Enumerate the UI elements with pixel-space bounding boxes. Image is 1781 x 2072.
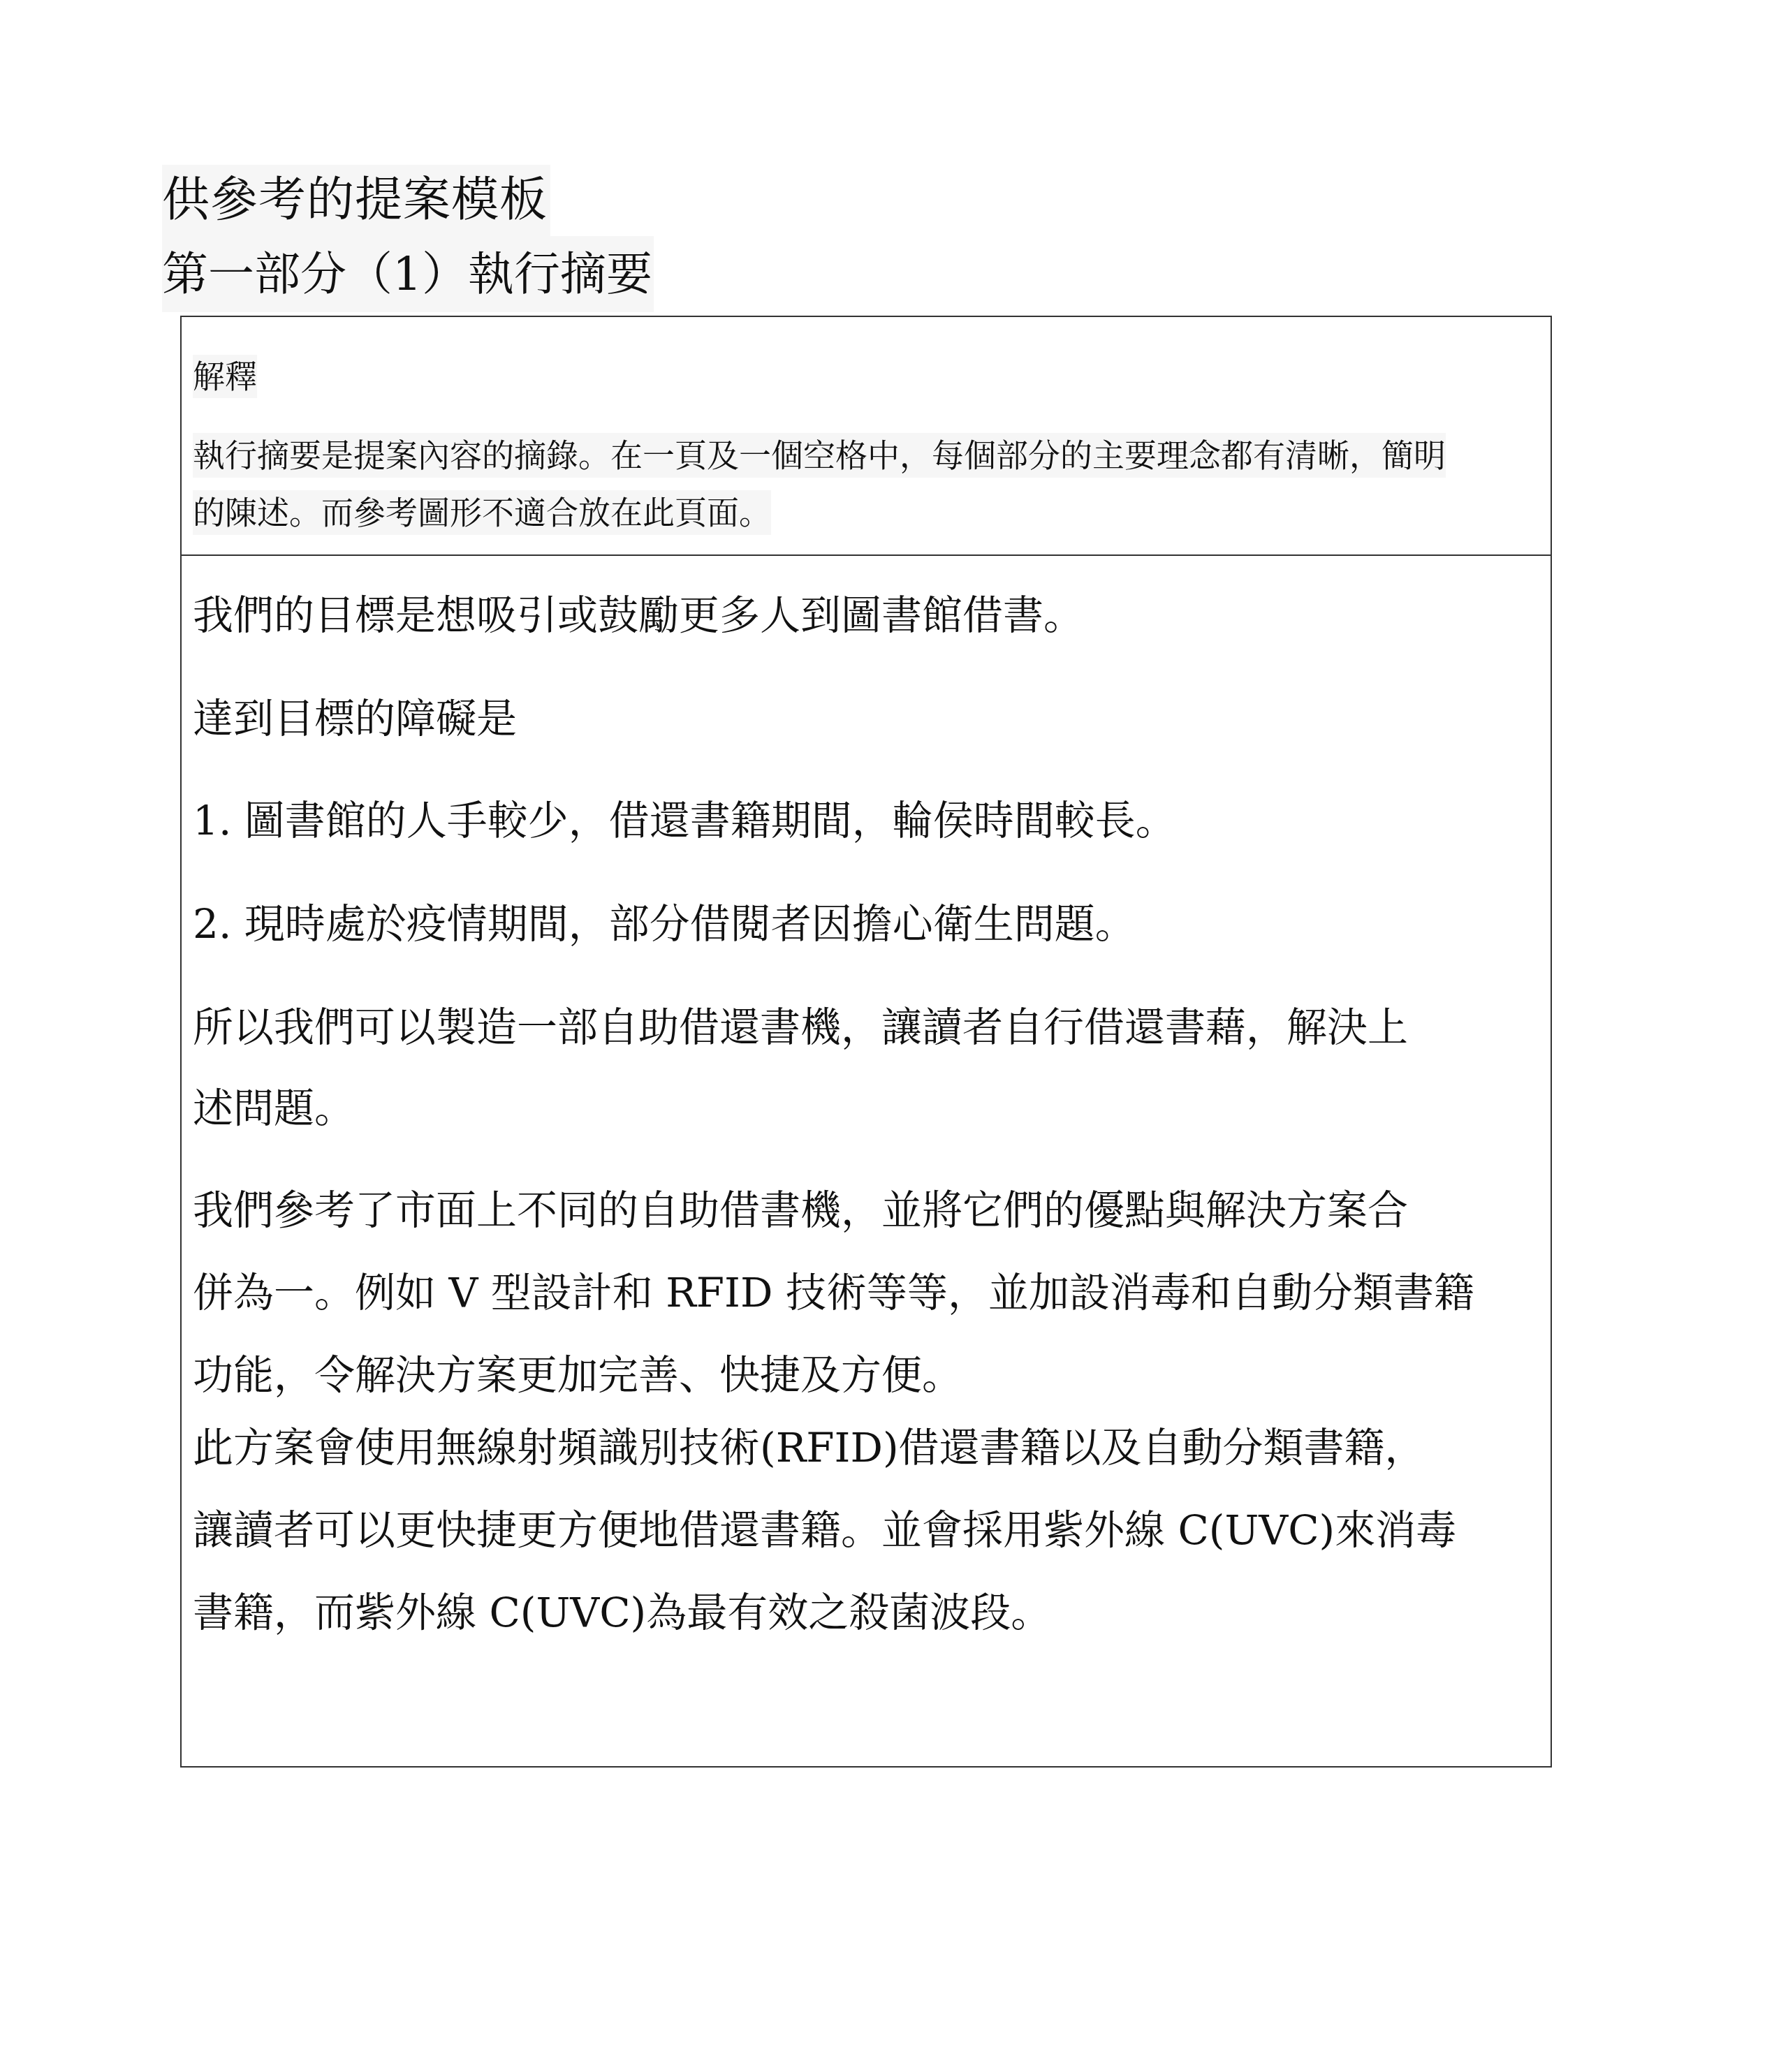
goal-paragraph: 我們的目標是想吸引或鼓勵更多人到圖書館借書。 bbox=[193, 573, 1084, 658]
document-title: 供參考的提案模板 bbox=[162, 165, 550, 236]
solution-line: 所以我們可以製造一部自助借還書機，讓讀者自行借還書藉，解決上 bbox=[193, 985, 1408, 1070]
solution-line: 述問題。 bbox=[193, 1066, 355, 1151]
document-page: 供參考的提案模板 第一部分（1）執行摘要 解釋 執行摘要是提案內容的摘錄。在一頁… bbox=[0, 0, 1781, 2072]
explanation-text: 執行摘要是提案內容的摘錄。在一頁及一個空格中，每個部分的主要理念都有清晰，簡明 … bbox=[193, 429, 1534, 543]
technology-line: 書籍，而紫外線 C(UVC)為最有效之殺菌波段。 bbox=[193, 1570, 1051, 1655]
obstacle-item: 2. 現時處於疫情期間，部分借閱者因擔心衛生問題。 bbox=[193, 881, 1136, 967]
technology-line: 此方案會使用無線射頻識別技術(RFID)借還書籍以及自動分類書籍， bbox=[193, 1405, 1425, 1490]
explanation-cell: 解釋 執行摘要是提案內容的摘錄。在一頁及一個空格中，每個部分的主要理念都有清晰，… bbox=[182, 317, 1551, 556]
technology-line: 讓讀者可以更快捷更方便地借還書籍。並會採用紫外線 C(UVC)來消毒 bbox=[193, 1487, 1456, 1573]
section-title: 第一部分（1）執行摘要 bbox=[162, 236, 654, 312]
explanation-label: 解釋 bbox=[193, 355, 257, 398]
obstacles-intro: 達到目標的障礙是 bbox=[193, 676, 517, 761]
explanation-line: 的陳述。而參考圖形不適合放在此頁面。 bbox=[193, 490, 771, 535]
reference-line: 我們參考了市面上不同的自助借書機，並將它們的優點與解決方案合 bbox=[193, 1168, 1408, 1253]
explanation-line: 執行摘要是提案內容的摘錄。在一頁及一個空格中，每個部分的主要理念都有清晰，簡明 bbox=[193, 433, 1446, 478]
reference-line: 併為一。例如 V 型設計和 RFID 技術等等，並加設消毒和自動分類書籍 bbox=[193, 1250, 1474, 1335]
summary-table: 解釋 執行摘要是提案內容的摘錄。在一頁及一個空格中，每個部分的主要理念都有清晰，… bbox=[180, 316, 1552, 1768]
obstacle-item: 1. 圖書館的人手較少，借還書籍期間，輪侯時間較長。 bbox=[193, 778, 1176, 863]
